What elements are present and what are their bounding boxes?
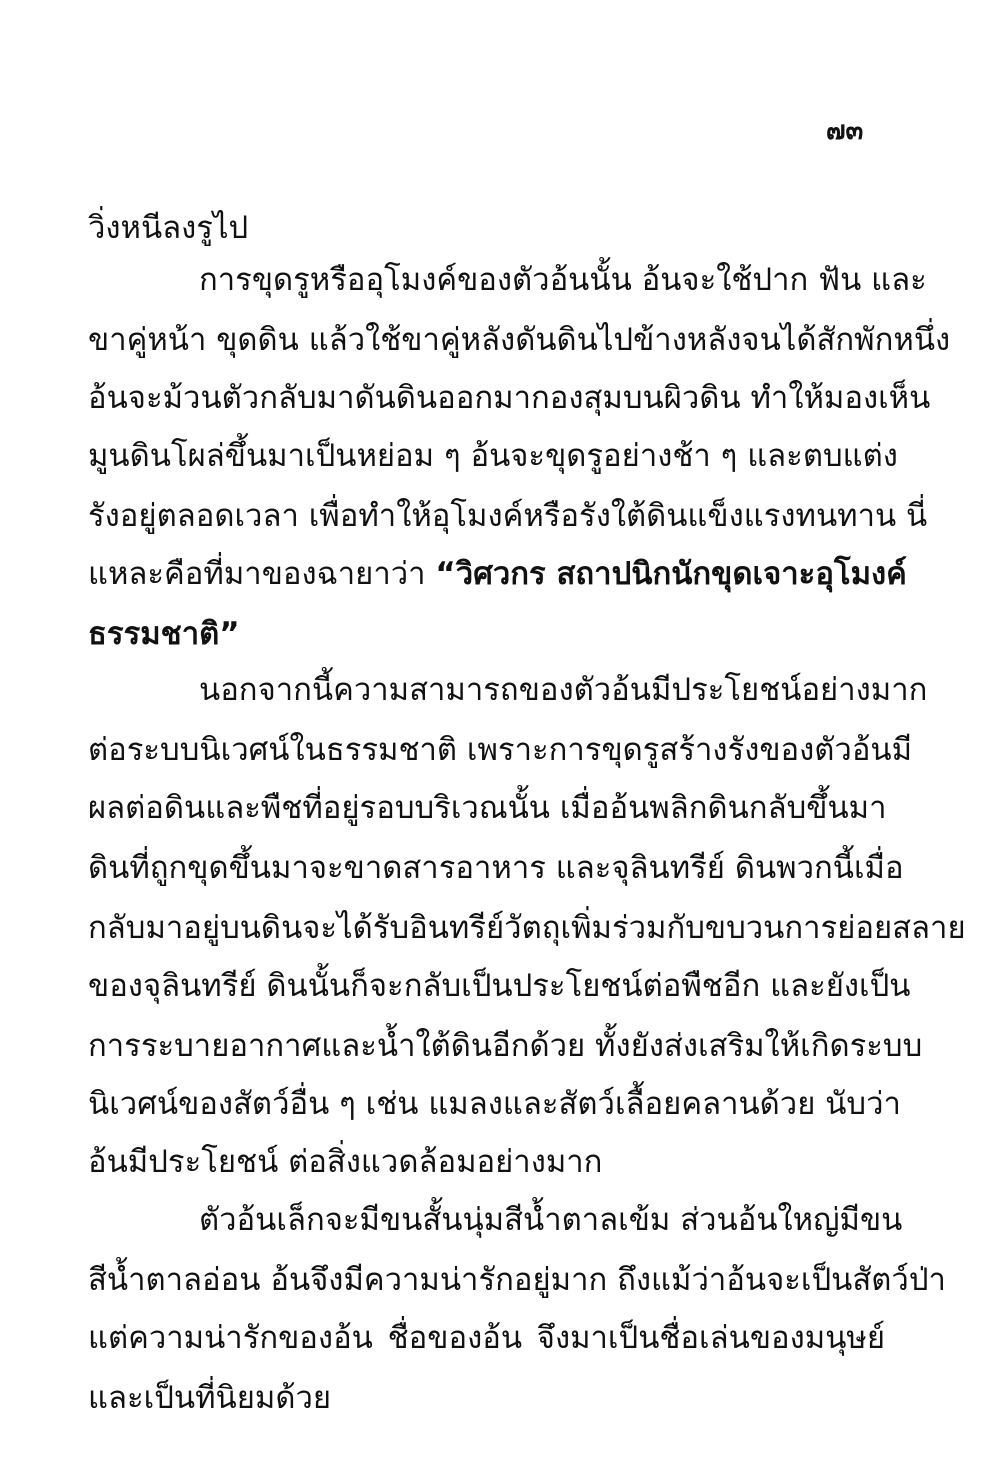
text-line: การขุดรูหรืออุโมงค์ของตัวอ้นนั้น อ้นจะใช…: [199, 258, 885, 302]
text-line: รังอยู่ตลอดเวลา เพื่อทำให้อุโมงค์หรือรัง…: [88, 494, 885, 538]
text-line: ขาคู่หน้า ขุดดิน แล้วใช้ขาคู่หลังดันดินไ…: [88, 318, 885, 362]
text-line: อ้นมีประโยชน์ ต่อสิ่งแวดล้อมอย่างมาก: [88, 1140, 885, 1184]
text-line: วิ่งหนีลงรูไป: [88, 206, 885, 250]
text-line: ผลต่อดินและพืชที่อยู่รอบบริเวณนั้น เมื่อ…: [88, 786, 885, 830]
text-line: แหละคือที่มาของฉายาว่า “วิศวกร สถาปนิกนั…: [88, 552, 885, 596]
text-line: ต่อระบบนิเวศน์ในธรรมชาติ เพราะการขุดรูสร…: [88, 728, 885, 772]
text-line: นอกจากนี้ความสามารถของตัวอ้นมีประโยชน์อย…: [199, 668, 885, 712]
text-bold-quote: “วิศวกร สถาปนิกนักขุดเจาะอุโมงค์: [435, 556, 907, 592]
text-plain: แหละคือที่มาของฉายาว่า: [88, 556, 435, 592]
text-line: นิเวศน์ของสัตว์อื่น ๆ เช่น แมลงและสัตว์เ…: [88, 1082, 885, 1126]
text-line: อ้นจะม้วนตัวกลับมาดันดินออกมากองสุมบนผิว…: [88, 376, 885, 420]
text-line: การระบายอากาศและน้ำใต้ดินอีกด้วย ทั้งยัง…: [88, 1024, 885, 1068]
text-line: ตัวอ้นเล็กจะมีขนสั้นนุ่มสีน้ำตาลเข้ม ส่ว…: [199, 1198, 885, 1242]
page-number: ๗๓: [826, 110, 863, 151]
text-line: สีน้ำตาลอ่อน อ้นจึงมีความน่ารักอยู่มาก ถ…: [88, 1258, 885, 1302]
text-line: ธรรมชาติ”: [88, 612, 885, 656]
text-line: กลับมาอยู่บนดินจะได้รับอินทรีย์วัตถุเพิ่…: [88, 906, 885, 950]
text-line: และเป็นที่นิยมด้วย: [88, 1376, 885, 1420]
text-line: ของจุลินทรีย์ ดินนั้นก็จะกลับเป็นประโยชน…: [88, 964, 885, 1008]
text-line: ดินที่ถูกขุดขึ้นมาจะขาดสารอาหาร และจุลิน…: [88, 846, 885, 890]
text-line: มูนดินโผล่ขึ้นมาเป็นหย่อม ๆ อ้นจะขุดรูอย…: [88, 434, 885, 478]
text-line: แต่ความน่ารักของอ้น ชื่อของอ้น จึงมาเป็น…: [88, 1316, 885, 1360]
